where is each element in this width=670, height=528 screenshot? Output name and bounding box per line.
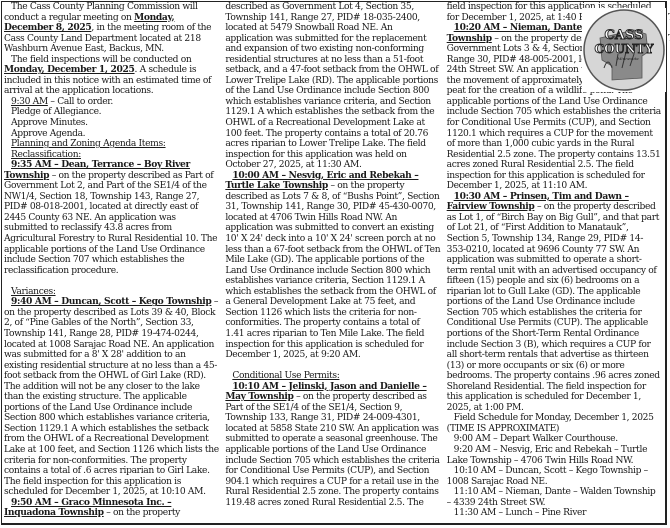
schedule-entry: 9:20 AM – Nesvig, Eric and Rebekah – Tur… (447, 445, 662, 466)
field-schedule-title: Field Schedule for Monday, December 1, 2… (447, 413, 662, 434)
intro-paragraph-2: The field inspections will be conducted … (4, 55, 219, 97)
intro-paragraph-1: The Cass County Planning Commission will… (4, 2, 219, 55)
agenda-item: Approve Minutes. (4, 118, 219, 129)
cass-county-logo: CASS COUNTY Minnesota (582, 8, 666, 92)
notice-text-flow: The Cass County Planning Commission will… (4, 2, 662, 522)
svg-text:Minnesota: Minnesota (616, 56, 639, 61)
schedule-entry: 11:10 AM – Nieman, Dante – Walden Townsh… (447, 487, 662, 508)
agenda-item: Pledge of Allegiance. (4, 107, 219, 118)
application-dean: 9:35 AM – Dean, Terrance – Boy River Tow… (4, 160, 219, 276)
schedule-entry: 10:10 AM – Duncan, Scott – Kego Township… (447, 466, 662, 487)
application-prinsen: 10:30 AM – Prinsen, Tim and Dawn – Fairv… (447, 192, 662, 413)
agenda-call-to-order: 9:30 AM – Call to order. (4, 97, 219, 108)
county-seal-icon: CASS COUNTY Minnesota (582, 8, 666, 92)
svg-text:CASS: CASS (605, 28, 644, 43)
schedule-entry: 11:30 AM – Lunch – Pine River (447, 508, 662, 519)
application-duncan: 9:40 AM – Duncan, Scott – Kego Township … (4, 297, 219, 497)
planning-heading: Planning and Zoning Agenda Items: (4, 139, 219, 150)
svg-text:COUNTY: COUNTY (595, 42, 654, 56)
application-nesvig: 10:00 AM – Nesvig, Eric and Rebekah – Tu… (225, 171, 440, 361)
agenda-item: Approve Agenda. (4, 129, 219, 140)
schedule-entry: 9:00 AM – Depart Walker Courthouse. (447, 434, 662, 445)
